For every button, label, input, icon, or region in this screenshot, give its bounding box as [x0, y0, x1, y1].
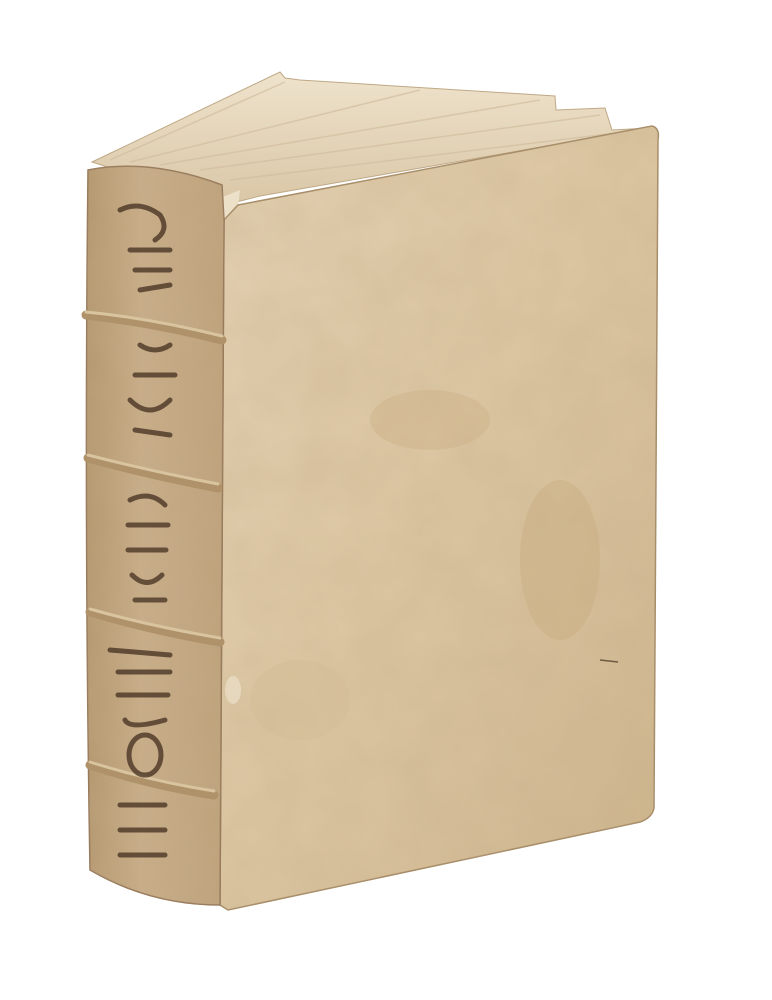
book-photo: Iud ... disputationes ... peri [0, 0, 772, 1000]
book-illustration [0, 0, 772, 1000]
front-cover [220, 126, 658, 910]
spine [86, 166, 224, 905]
